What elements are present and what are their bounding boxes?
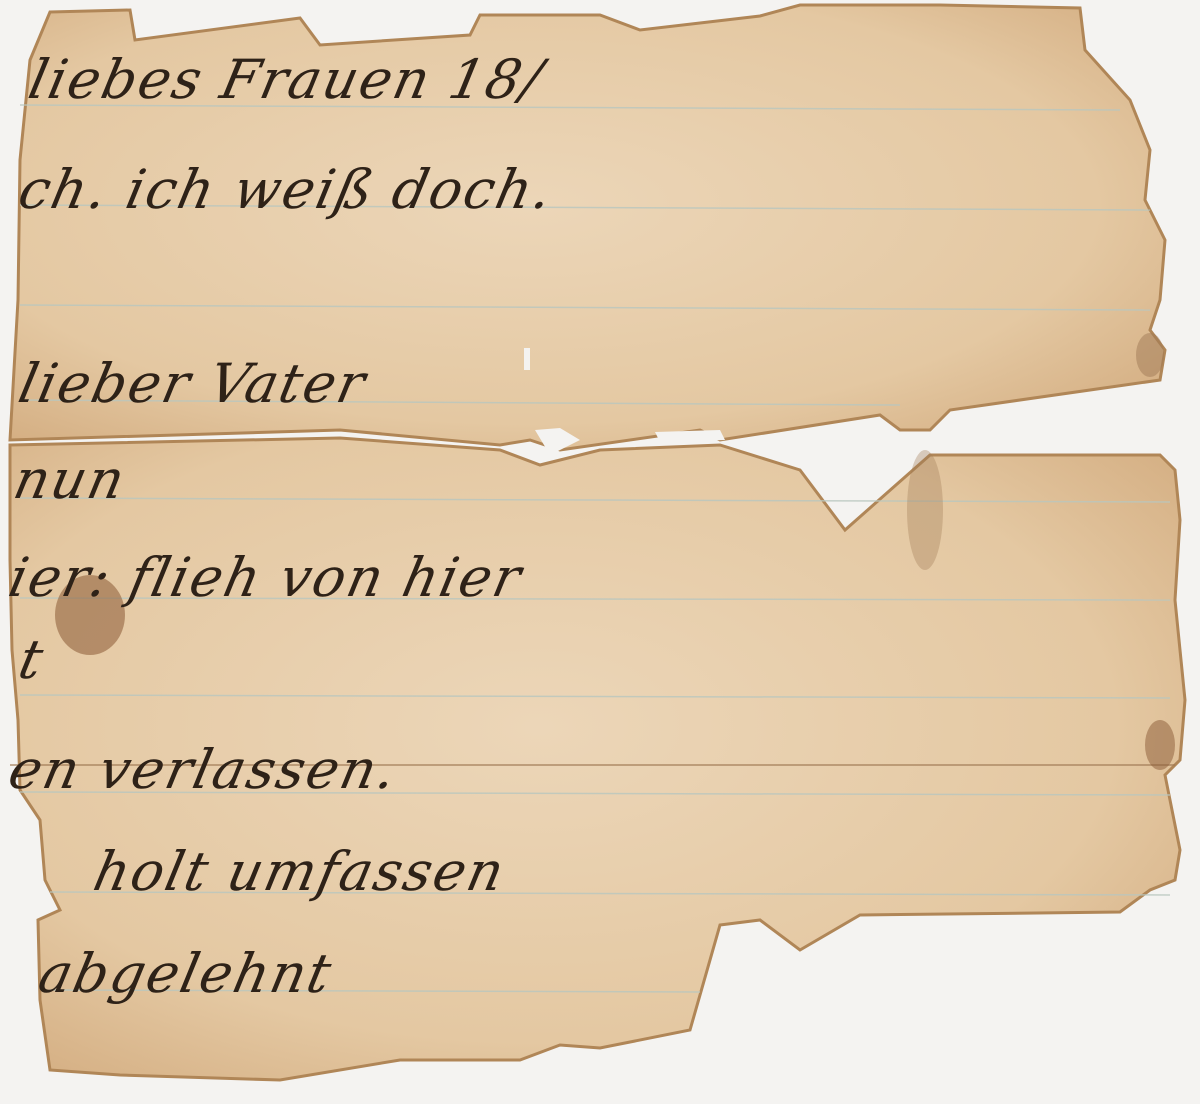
handwritten-line: abgelehnt [33, 942, 338, 1005]
paper-fragment: liebes Frauen 18/ ch. ich weiß doch. lie… [0, 0, 1200, 1104]
handwritten-line: holt umfassen [88, 840, 511, 903]
handwritten-line: ch. ich weiß doch. [13, 158, 559, 221]
handwritten-line: ier: flieh von hier [3, 546, 528, 609]
handwritten-line: liebes Frauen 18/ [23, 48, 549, 111]
handwritten-line: nun [8, 448, 132, 511]
handwritten-line: lieber Vater [13, 352, 372, 415]
handwritten-line: en verlassen. [3, 738, 403, 801]
